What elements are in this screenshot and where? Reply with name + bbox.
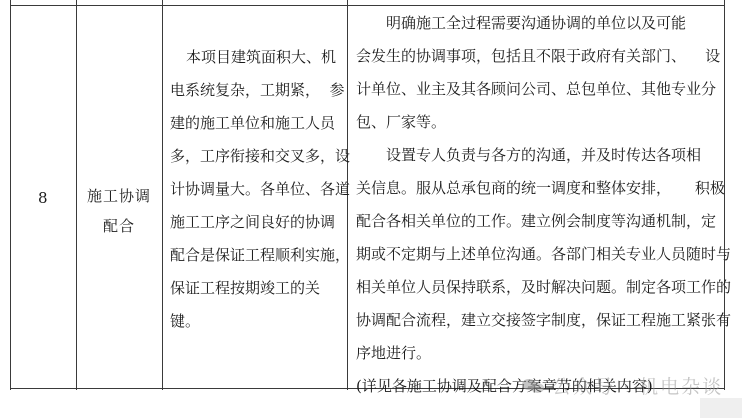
watermark-fade bbox=[700, 398, 742, 418]
row-measures: 明确施工全过程需要沟通协调的单位以及可能 会发生的协调事项，包括且不限于政府有关… bbox=[356, 7, 731, 403]
measure-line: 序地进行。 bbox=[356, 337, 731, 370]
table-top-border bbox=[10, 5, 725, 6]
analysis-line: 键。 bbox=[170, 305, 350, 338]
measure-line: 关信息。服从总承包商的统一调度和整体安排， 积极 bbox=[356, 172, 731, 205]
measure-line: 计单位、业主及其各顾问公司、总包单位、其他专业分 bbox=[356, 73, 731, 106]
measure-line: 设置专人负责与各方的沟通，并及时传达各项相 bbox=[356, 139, 731, 172]
watermark-text: 公众号 · 机电杂谈 bbox=[552, 372, 723, 399]
analysis-line: 多，工序衔接和交叉多，设 bbox=[170, 140, 350, 173]
measure-line: 协调配合流程，建立交接签字制度，保证工程施工紧张有 bbox=[356, 304, 731, 337]
measure-line: 期或不定期与上述单位沟通。各部门相关专业人员随时与 bbox=[356, 238, 731, 271]
item-line: 配合 bbox=[76, 210, 162, 243]
wechat-icon bbox=[522, 377, 544, 395]
table-left-border bbox=[10, 0, 11, 390]
measure-line: 相关单位人员保持联系，及时解决问题。制定各项工作的 bbox=[356, 271, 731, 304]
analysis-line: 计协调量大。各单位、各道 bbox=[170, 173, 350, 206]
analysis-line: 电系统复杂，工期紧， 参 bbox=[170, 74, 350, 107]
analysis-line: 建的施工单位和施工人员 bbox=[170, 107, 350, 140]
analysis-line: 配合是保证工程顺利实施， bbox=[170, 239, 350, 272]
row-analysis: 本项目建筑面积大、机 电系统复杂，工期紧， 参 建的施工单位和施工人员 多，工序… bbox=[170, 41, 350, 338]
watermark: 公众号 · 机电杂谈 bbox=[522, 372, 723, 399]
item-line: 施工协调 bbox=[76, 180, 162, 213]
measure-line: 会发生的协调事项，包括且不限于政府有关部门、 设 bbox=[356, 40, 731, 73]
row-item: 施工协调 配合 bbox=[76, 180, 162, 243]
measure-line: 包、厂家等。 bbox=[356, 106, 731, 139]
analysis-line: 本项目建筑面积大、机 bbox=[170, 41, 350, 74]
measure-line: 配合各相关单位的工作。建立例会制度等沟通机制，定 bbox=[356, 205, 731, 238]
column-divider-2 bbox=[162, 0, 163, 390]
row-index: 8 bbox=[38, 189, 48, 207]
analysis-line: 保证工程按期竣工的关 bbox=[170, 272, 350, 305]
measure-line: 明确施工全过程需要沟通协调的单位以及可能 bbox=[356, 7, 731, 40]
analysis-line: 施工工序之间良好的协调 bbox=[170, 206, 350, 239]
